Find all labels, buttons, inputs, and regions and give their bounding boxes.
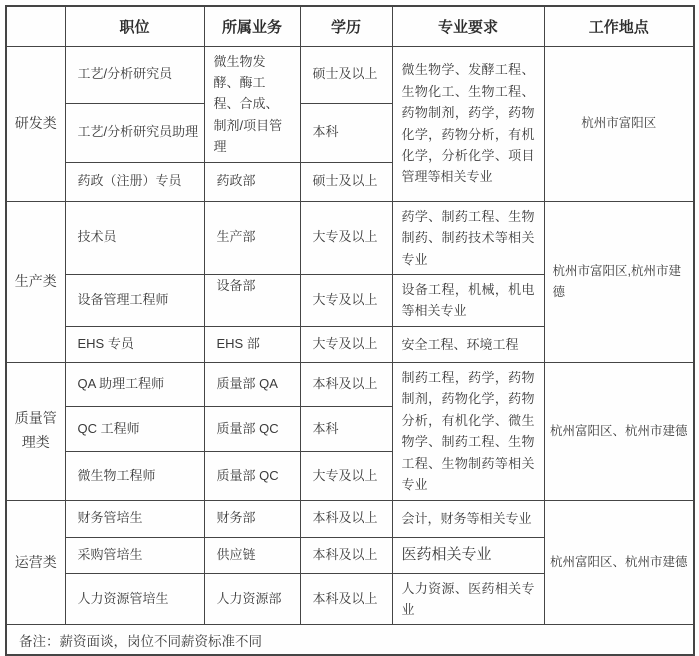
education-cell: 本科及以上 [300, 573, 392, 625]
header-category [6, 6, 65, 46]
table-row: 研发类 工艺/分析研究员 微生物发酵、酶工程、合成、制剂/项目管理 硕士及以上 … [6, 46, 694, 103]
header-major: 专业要求 [392, 6, 544, 46]
department-cell: 质量部 QC [204, 407, 300, 452]
major-cell: 设备工程，机械，机电等相关专业 [392, 275, 544, 327]
location-cell: 杭州市富阳区 [544, 46, 694, 201]
header-department: 所属业务 [204, 6, 300, 46]
education-cell: 大专及以上 [300, 275, 392, 327]
position-cell: QC 工程师 [65, 407, 204, 452]
education-cell: 本科及以上 [300, 537, 392, 573]
note-cell: 备注：薪资面谈，岗位不同薪资标准不同 [6, 625, 694, 655]
header-education: 学历 [300, 6, 392, 46]
category-cell-quality: 质量管理类 [6, 362, 65, 500]
education-cell: 硕士及以上 [300, 162, 392, 201]
education-cell: 本科及以上 [300, 500, 392, 537]
department-cell: EHS 部 [204, 326, 300, 362]
position-cell: 采购管培生 [65, 537, 204, 573]
category-cell-operations: 运营类 [6, 500, 65, 625]
major-cell: 人力资源、医药相关专业 [392, 573, 544, 625]
department-cell: 药政部 [204, 162, 300, 201]
major-cell: 制药工程，药学，药物制剂，药物化学，药物分析，有机化学、微生物学、制药工程、生物… [392, 362, 544, 500]
department-cell: 人力资源部 [204, 573, 300, 625]
major-cell: 会计，财务等相关专业 [392, 500, 544, 537]
header-row: 职位 所属业务 学历 专业要求 工作地点 [6, 6, 694, 46]
department-cell: 设备部 [204, 275, 300, 327]
department-cell: 供应链 [204, 537, 300, 573]
major-cell: 安全工程、环境工程 [392, 326, 544, 362]
table-row: 质量管理类 QA 助理工程师 质量部 QA 本科及以上 制药工程，药学，药物制剂… [6, 362, 694, 406]
location-cell: 杭州市富阳区,杭州市建德 [544, 201, 694, 362]
location-cell: 杭州富阳区、杭州市建德 [544, 500, 694, 625]
position-cell: 微生物工程师 [65, 452, 204, 500]
header-location: 工作地点 [544, 6, 694, 46]
department-cell: 生产部 [204, 201, 300, 274]
page: 职位 所属业务 学历 专业要求 工作地点 研发类 工艺/分析研究员 微生物发酵、… [0, 0, 699, 562]
education-cell: 大专及以上 [300, 326, 392, 362]
category-cell-production: 生产类 [6, 201, 65, 362]
major-cell: 药学、制药工程、生物制药、制药技术等相关专业 [392, 201, 544, 274]
table-row: 生产类 技术员 生产部 大专及以上 药学、制药工程、生物制药、制药技术等相关专业… [6, 201, 694, 274]
department-cell: 质量部 QA [204, 362, 300, 406]
department-cell: 微生物发酵、酶工程、合成、制剂/项目管理 [204, 46, 300, 162]
education-cell: 大专及以上 [300, 201, 392, 274]
position-cell: 技术员 [65, 201, 204, 274]
education-cell: 本科 [300, 103, 392, 162]
position-cell: EHS 专员 [65, 326, 204, 362]
position-cell: 工艺/分析研究员助理 [65, 103, 204, 162]
location-cell: 杭州富阳区、杭州市建德 [544, 362, 694, 500]
education-cell: 大专及以上 [300, 452, 392, 500]
header-position: 职位 [65, 6, 204, 46]
major-cell: 医药相关专业 [392, 537, 544, 573]
education-cell: 本科及以上 [300, 362, 392, 406]
position-cell: 财务管培生 [65, 500, 204, 537]
recruitment-table: 职位 所属业务 学历 专业要求 工作地点 研发类 工艺/分析研究员 微生物发酵、… [5, 5, 695, 656]
table-row: 运营类 财务管培生 财务部 本科及以上 会计，财务等相关专业 杭州富阳区、杭州市… [6, 500, 694, 537]
category-cell-rnd: 研发类 [6, 46, 65, 201]
major-cell: 微生物学、发酵工程、生物化工、生物工程、药物制剂，药学，药物化学，药物分析，有机… [392, 46, 544, 201]
note-row: 备注：薪资面谈，岗位不同薪资标准不同 [6, 625, 694, 655]
department-cell: 财务部 [204, 500, 300, 537]
department-cell: 质量部 QC [204, 452, 300, 500]
education-cell: 硕士及以上 [300, 46, 392, 103]
position-cell: QA 助理工程师 [65, 362, 204, 406]
position-cell: 工艺/分析研究员 [65, 46, 204, 103]
education-cell: 本科 [300, 407, 392, 452]
position-cell: 药政（注册）专员 [65, 162, 204, 201]
position-cell: 设备管理工程师 [65, 275, 204, 327]
position-cell: 人力资源管培生 [65, 573, 204, 625]
